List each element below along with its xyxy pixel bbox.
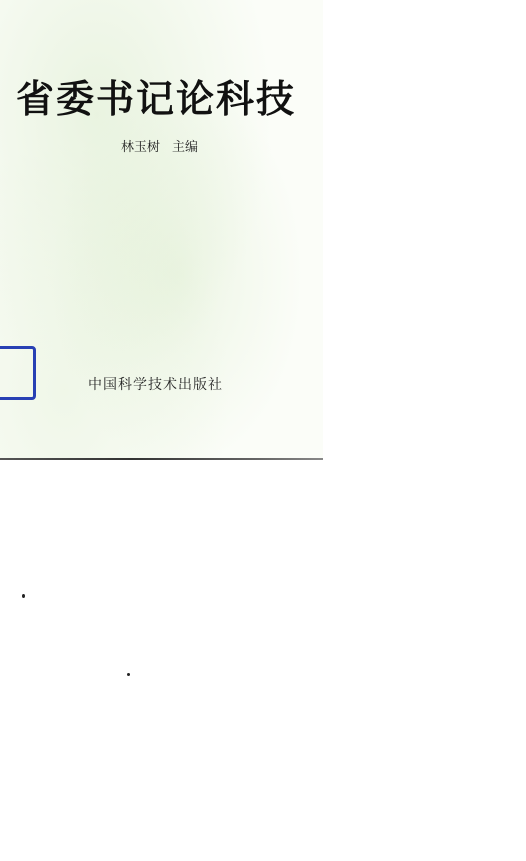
- book-title: 省委书记论科技: [16, 68, 296, 123]
- library-label-box: [0, 346, 36, 400]
- book-cover: 省委书记论科技 林玉树主编 中国科学技术出版社: [0, 0, 323, 459]
- editor-name: 林玉树: [121, 140, 160, 155]
- scan-speck: [127, 673, 130, 676]
- editor-role: 主编: [172, 140, 198, 155]
- scan-speck: [22, 594, 25, 598]
- cover-bottom-rule: [0, 458, 323, 460]
- publisher-name: 中国科学技术出版社: [88, 374, 223, 394]
- editor-credit: 林玉树主编: [121, 136, 198, 155]
